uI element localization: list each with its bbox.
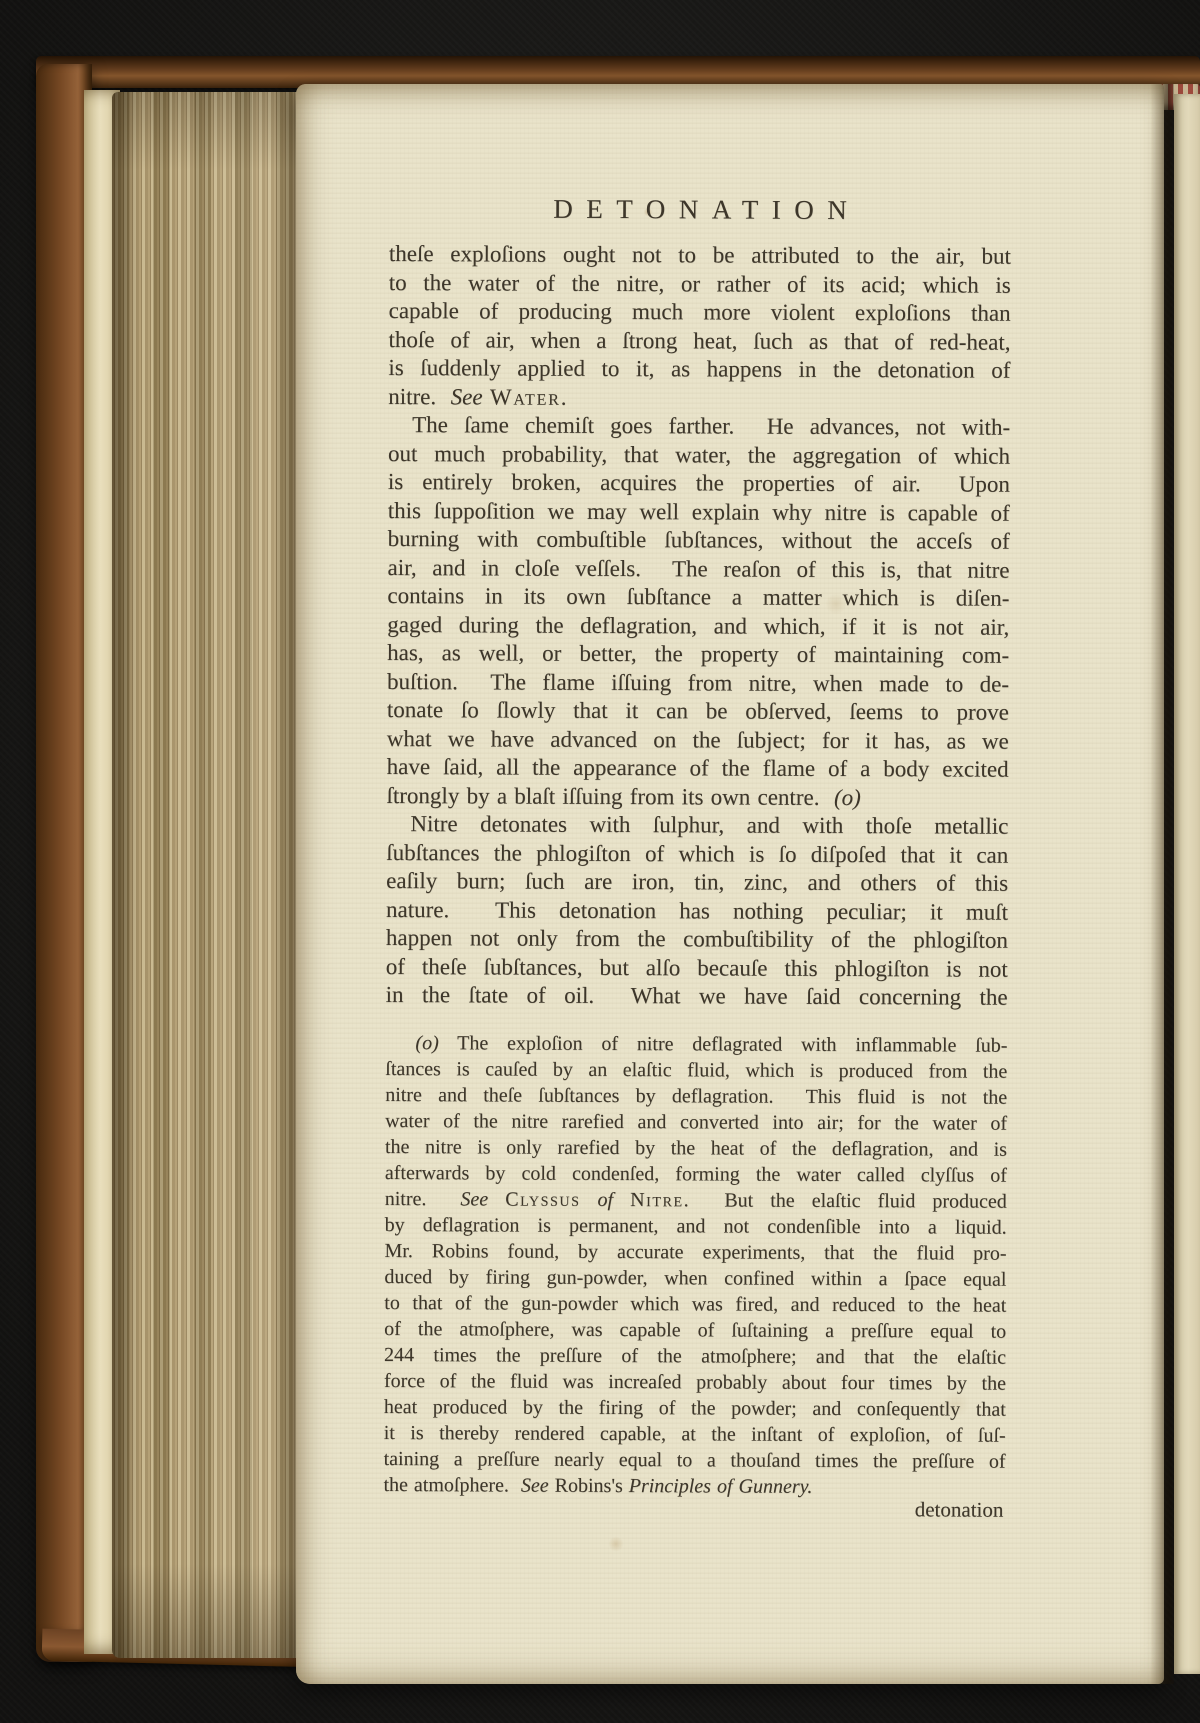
- gutter-fold-shadow: [1150, 84, 1174, 1684]
- text-line: out much probability, that water, the ag…: [388, 439, 1010, 470]
- text-segment: water of the nitre rarefied and converte…: [385, 1110, 1007, 1135]
- text-segment: of theſe ſubſtances, but alſo becauſe th…: [386, 953, 1008, 981]
- text-segment: heat produced by the firing of the powde…: [384, 1396, 1006, 1421]
- text-segment: See: [521, 1475, 549, 1497]
- text-line: capable of producing much more violent e…: [389, 297, 1011, 328]
- text-segment: [613, 1189, 630, 1211]
- text-line: gaged during the deflagration, and which…: [387, 610, 1009, 641]
- text-segment: is ſuddenly applied to it, as happens in…: [388, 355, 1010, 383]
- text-line: nitre and theſe ſubſtances by deflagrati…: [385, 1082, 1007, 1111]
- text-line: afterwards by cold condenſed, forming th…: [385, 1160, 1007, 1189]
- text-segment: theſe exploſions ought not to be attribu…: [389, 241, 1011, 269]
- text-line: of theſe ſubſtances, but alſo becauſe th…: [386, 952, 1008, 983]
- text-line: is ſuddenly applied to it, as happens in…: [388, 354, 1010, 385]
- text-line: theſe exploſions ought not to be attribu…: [389, 240, 1011, 271]
- text-segment: have ſaid, all the appearance of the fla…: [387, 754, 1009, 782]
- text-segment: Robins's: [549, 1475, 629, 1497]
- text-line: of the atmoſphere, was capable of ſuſtai…: [384, 1316, 1006, 1345]
- text-line: nitre. See Clyssus of Nitre. But the ela…: [385, 1186, 1007, 1215]
- text-segment: out much probability, that water, the ag…: [388, 440, 1010, 468]
- text-line: Mr. Robins found, by accurate experiment…: [384, 1238, 1006, 1267]
- text-line: heat produced by the firing of the powde…: [384, 1394, 1006, 1423]
- text-line: nature. This detonation has nothing pecu…: [386, 895, 1008, 926]
- text-line: have ſaid, all the appearance of the fla…: [387, 753, 1009, 784]
- text-line: ſtrongly by a blaſt iſſuing from its own…: [386, 781, 1008, 812]
- text-segment: of the atmoſphere, was capable of ſuſtai…: [384, 1318, 1006, 1343]
- text-segment: buſtion. The flame iſſuing from nitre, w…: [387, 668, 1009, 696]
- text-segment: tonate ſo ſlowly that it can be obſerved…: [387, 697, 1009, 725]
- text-segment: air, and in cloſe veſſels. The reaſon of…: [387, 554, 1009, 582]
- text-segment: taining a preſſure nearly equal to a tho…: [384, 1448, 1006, 1473]
- text-segment: contains in its own ſubſtance a matter w…: [387, 583, 1009, 611]
- text-segment: [580, 1189, 597, 1211]
- text-segment: See: [460, 1188, 488, 1210]
- text-line: has, as well, or better, the property of…: [387, 639, 1009, 670]
- text-segment: this ſuppoſition we may well explain why…: [388, 497, 1010, 525]
- text-segment: ſtances is cauſed by an elaſtic fluid, w…: [385, 1058, 1007, 1083]
- text-segment: nitre.: [388, 383, 451, 408]
- text-segment: Mr. Robins found, by accurate experiment…: [384, 1240, 1006, 1265]
- text-segment: is entirely broken, acquires the propert…: [388, 469, 1010, 497]
- text-segment: Clyssus: [505, 1189, 580, 1211]
- text-segment: nature. This detonation has nothing pecu…: [386, 896, 1008, 924]
- text-segment: Nitre.: [630, 1189, 690, 1211]
- text-line: ſtances is cauſed by an elaſtic fluid, w…: [385, 1056, 1007, 1085]
- text-segment: by deflagration is permanent, and not co…: [385, 1214, 1007, 1239]
- book-photo-scene: DETONATION theſe exploſions ought not to…: [0, 0, 1200, 1723]
- text-line: ſubſtances the phlogiſton of which is ſo…: [386, 838, 1008, 869]
- text-line: it is thereby rendered capable, at the i…: [384, 1420, 1006, 1449]
- text-line: 244 times the preſſure of the atmoſphere…: [384, 1342, 1006, 1371]
- text-line: water of the nitre rarefied and converte…: [385, 1108, 1007, 1137]
- text-segment: [483, 384, 490, 409]
- text-segment: what we have advanced on the ſubject; fo…: [387, 725, 1009, 753]
- text-line: in the ſtate of oil. What we have ſaid c…: [386, 981, 1008, 1012]
- text-line: thoſe of air, when a ſtrong heat, ſuch a…: [388, 325, 1010, 356]
- paragraph: The ſame chemiſt goes farther. He advanc…: [386, 411, 1010, 813]
- page-block-fore-edge: [112, 92, 310, 1658]
- text-segment: ſtrongly by a blaſt iſſuing from its own…: [386, 782, 834, 809]
- text-segment: ſubſtances the phlogiſton of which is ſo…: [386, 839, 1008, 867]
- text-segment: nitre and theſe ſubſtances by deflagrati…: [385, 1084, 1007, 1109]
- text-segment: it is thereby rendered capable, at the i…: [384, 1422, 1006, 1447]
- text-segment: The ſame chemiſt goes farther. He advanc…: [412, 412, 1010, 440]
- text-line: The ſame chemiſt goes farther. He advanc…: [388, 411, 1010, 442]
- text-segment: The exploſion of nitre deflagrated with …: [439, 1032, 1008, 1056]
- paragraph: Nitre detonates with ſulphur, and with t…: [386, 810, 1009, 1012]
- next-page-sliver: [1174, 94, 1200, 1674]
- text-line: burning with combuſtible ſubſtances, wit…: [388, 525, 1010, 556]
- text-segment: of: [598, 1189, 614, 1211]
- text-segment: the atmoſphere.: [383, 1474, 521, 1497]
- catchword: detonation: [915, 1497, 1004, 1522]
- text-line: contains in its own ſubſtance a matter w…: [387, 582, 1009, 613]
- text-line: the nitre is only rarefied by the heat o…: [385, 1134, 1007, 1163]
- text-segment: 244 times the preſſure of the atmoſphere…: [384, 1344, 1006, 1369]
- text-segment: See: [451, 384, 483, 409]
- text-segment: eaſily burn; ſuch are iron, tin, zinc, a…: [386, 868, 1008, 896]
- text-line: tonate ſo ſlowly that it can be obſerved…: [387, 696, 1009, 727]
- text-line: happen not only from the combuſtibility …: [386, 924, 1008, 955]
- body-text: theſe exploſions ought not to be attribu…: [386, 240, 1011, 1012]
- text-line: (o) The exploſion of nitre deflagrated w…: [385, 1030, 1007, 1059]
- text-segment: to the water of the nitre, or rather of …: [389, 269, 1011, 297]
- paragraph: theſe exploſions ought not to be attribu…: [388, 240, 1011, 414]
- text-line: what we have advanced on the ſubject; fo…: [387, 724, 1009, 755]
- text-segment: But the elaſtic fluid produced: [690, 1189, 1007, 1212]
- text-segment: Nitre detonates with ſulphur, and with t…: [410, 811, 1008, 839]
- text-line: to that of the gun-powder which was fire…: [384, 1290, 1006, 1319]
- text-segment: (o): [415, 1032, 438, 1054]
- text-line: air, and in cloſe veſſels. The reaſon of…: [387, 553, 1009, 584]
- text-line: by deflagration is permanent, and not co…: [385, 1212, 1007, 1241]
- text-segment: nitre.: [385, 1188, 461, 1210]
- text-line: buſtion. The flame iſſuing from nitre, w…: [387, 667, 1009, 698]
- text-segment: afterwards by cold condenſed, forming th…: [385, 1162, 1007, 1187]
- text-segment: to that of the gun-powder which was fire…: [384, 1292, 1006, 1317]
- page-text-area: DETONATION theſe exploſions ought not to…: [382, 0, 1012, 1723]
- text-line: Nitre detonates with ſulphur, and with t…: [386, 810, 1008, 841]
- text-segment: happen not only from the combuſtibility …: [386, 925, 1008, 953]
- text-segment: Principles of Gunnery.: [629, 1475, 813, 1498]
- page-heading: DETONATION: [389, 193, 1011, 227]
- text-segment: (o): [834, 784, 861, 809]
- text-line: force of the fluid was increaſed probabl…: [384, 1368, 1006, 1397]
- text-segment: gaged during the deflagration, and which…: [387, 611, 1009, 639]
- text-segment: the nitre is only rarefied by the heat o…: [385, 1136, 1007, 1161]
- text-line: is entirely broken, acquires the propert…: [388, 468, 1010, 499]
- text-line: duced by firing gun-powder, when confine…: [384, 1264, 1006, 1293]
- text-segment: thoſe of air, when a ſtrong heat, ſuch a…: [388, 326, 1010, 354]
- text-line: nitre. See Water.: [388, 382, 1010, 413]
- text-segment: has, as well, or better, the property of…: [387, 640, 1009, 668]
- text-line: the atmoſphere. See Robins's Principles …: [383, 1472, 1005, 1501]
- footnote: (o) The exploſion of nitre deflagrated w…: [383, 1030, 1007, 1501]
- text-segment: Water.: [490, 384, 569, 409]
- text-line: this ſuppoſition we may well explain why…: [388, 496, 1010, 527]
- text-line: eaſily burn; ſuch are iron, tin, zinc, a…: [386, 867, 1008, 898]
- text-segment: capable of producing much more violent e…: [389, 298, 1011, 326]
- text-segment: burning with combuſtible ſubſtances, wit…: [388, 526, 1010, 554]
- text-segment: [488, 1188, 505, 1210]
- text-segment: force of the fluid was increaſed probabl…: [384, 1370, 1006, 1395]
- text-line: taining a preſſure nearly equal to a tho…: [384, 1446, 1006, 1475]
- text-line: to the water of the nitre, or rather of …: [389, 268, 1011, 299]
- text-segment: in the ſtate of oil. What we have ſaid c…: [386, 982, 1008, 1010]
- text-segment: duced by firing gun-powder, when confine…: [384, 1266, 1006, 1291]
